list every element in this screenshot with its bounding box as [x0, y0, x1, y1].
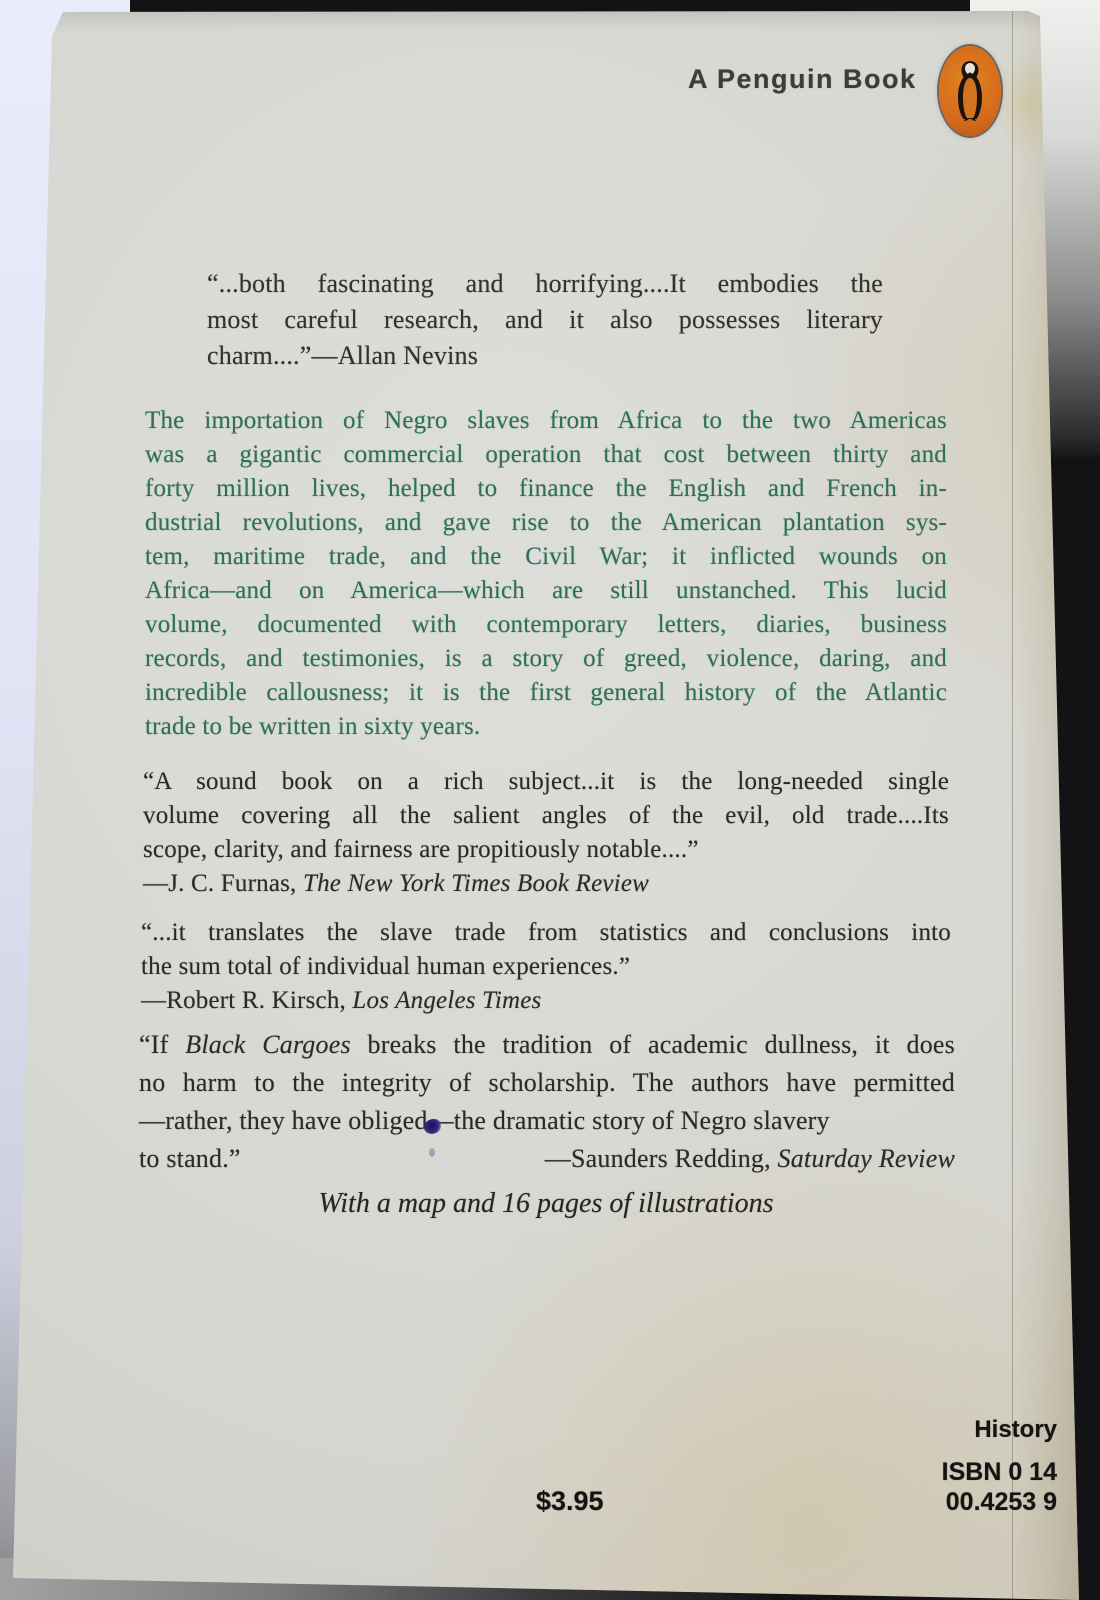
text-line: volume covering all the salient angles o…	[143, 799, 949, 833]
text-segment: the sum total of individual human experi…	[141, 953, 630, 980]
review-quote-nevins: “...both fascinating and horrifying....I…	[207, 266, 883, 374]
text-line: —rather, they have obliged—the dramatic …	[139, 1102, 955, 1140]
brand-label: A Penguin Book	[688, 64, 917, 95]
text-segment: tem, maritime trade, and the Civil War; …	[145, 543, 947, 570]
blurb-paragraph: The importation of Negro slaves from Afr…	[145, 404, 947, 744]
kirsch-lines: “...it translates the slave trade from s…	[141, 916, 951, 984]
text-segment: incredible callousness; it is the first …	[145, 679, 947, 706]
text-segment: “A sound book on a rich subject...it is …	[143, 768, 949, 795]
text-segment: was a gigantic commercial operation that…	[145, 441, 947, 468]
text-segment: records, and testimonies, is a story of …	[145, 645, 947, 672]
text-segment: —J. C. Furnas,	[143, 870, 303, 897]
text-line: volume, documented with contemporary let…	[145, 608, 947, 642]
text-segment: —rather, they have obliged—the dramatic …	[139, 1106, 830, 1135]
text-line: Africa—and on America—which are still un…	[145, 574, 947, 608]
ink-speck	[429, 1148, 435, 1157]
text-segment: Black Cargoes	[185, 1030, 351, 1059]
review-quote-kirsch: “...it translates the slave trade from s…	[141, 916, 951, 1018]
text-line: forty million lives, helped to finance t…	[145, 472, 947, 506]
text-line: incredible callousness; it is the first …	[145, 676, 947, 710]
text-line: charm....”—Allan Nevins	[207, 338, 883, 374]
text-segment: dustrial revolutions, and gave rise to t…	[145, 509, 947, 536]
text-line: The importation of Negro slaves from Afr…	[145, 404, 947, 438]
kirsch-attribution: —Robert R. Kirsch, Los Angeles Times	[141, 984, 951, 1018]
isbn-line-2: 00.4253 9	[860, 1487, 1057, 1517]
text-line: most careful research, and it also posse…	[207, 302, 883, 338]
text-segment: most careful research, and it also posse…	[207, 305, 883, 334]
text-segment: breaks the tradition of academic dullnes…	[351, 1030, 955, 1059]
text-line: records, and testimonies, is a story of …	[145, 642, 947, 676]
review-quote-redding: “If Black Cargoes breaks the tradition o…	[139, 1026, 955, 1178]
text-segment: charm....”—Allan Nevins	[207, 341, 478, 370]
furnas-attribution: —J. C. Furnas, The New York Times Book R…	[143, 867, 949, 901]
text-segment: “...both fascinating and horrifying....I…	[207, 269, 883, 298]
text-segment: Africa—and on America—which are still un…	[145, 577, 947, 604]
category-isbn-block: History ISBN 0 14 00.4253 9	[860, 1416, 1057, 1517]
book-back-cover-photo: A Penguin Book “...both fascinating and …	[0, 0, 1100, 1600]
text-segment: trade to be written in sixty years.	[145, 713, 480, 740]
illustrations-note: With a map and 16 pages of illustrations	[145, 1188, 947, 1220]
text-segment: scope, clarity, and fairness are propiti…	[143, 836, 699, 863]
text-line: dustrial revolutions, and gave rise to t…	[145, 506, 947, 540]
book-cover: A Penguin Book “...both fascinating and …	[0, 0, 1100, 1600]
text-segment: —Robert R. Kirsch,	[141, 987, 352, 1014]
price-label: $3.95	[536, 1486, 604, 1517]
text-line: was a gigantic commercial operation that…	[145, 438, 947, 472]
text-segment: volume, documented with contemporary let…	[145, 611, 947, 638]
penguin-icon	[950, 55, 990, 127]
redding-last-line: to stand.”	[139, 1140, 241, 1178]
text-line: scope, clarity, and fairness are propiti…	[143, 833, 949, 867]
penguin-logo	[939, 46, 1001, 136]
text-line: trade to be written in sixty years.	[145, 710, 947, 744]
review-quote-furnas: “A sound book on a rich subject...it is …	[143, 765, 949, 901]
text-segment: “If	[139, 1030, 185, 1059]
redding-last-row: to stand.” —Saunders Redding, Saturday R…	[139, 1140, 955, 1178]
text-line: no harm to the integrity of scholarship.…	[139, 1064, 955, 1102]
text-segment: The importation of Negro slaves from Afr…	[145, 407, 947, 434]
text-segment: no harm to the integrity of scholarship.…	[139, 1068, 955, 1097]
text-segment: “...it translates the slave trade from s…	[141, 919, 951, 946]
text-segment: —Saunders Redding,	[545, 1144, 778, 1173]
category-label: History	[860, 1416, 1057, 1444]
text-segment: Los Angeles Times	[352, 987, 541, 1014]
furnas-lines: “A sound book on a rich subject...it is …	[143, 765, 949, 867]
text-line: “...it translates the slave trade from s…	[141, 916, 951, 950]
text-segment: Saturday Review	[778, 1144, 955, 1173]
redding-attribution: —Saunders Redding, Saturday Review	[545, 1140, 955, 1178]
text-line: “If Black Cargoes breaks the tradition o…	[139, 1026, 955, 1064]
text-line: “A sound book on a rich subject...it is …	[143, 765, 949, 799]
text-line: “...both fascinating and horrifying....I…	[207, 266, 883, 302]
text-segment: The New York Times Book Review	[303, 870, 649, 897]
text-segment: volume covering all the salient angles o…	[143, 802, 949, 829]
text-line: tem, maritime trade, and the Civil War; …	[145, 540, 947, 574]
text-segment: forty million lives, helped to finance t…	[145, 475, 947, 502]
redding-lines: “If Black Cargoes breaks the tradition o…	[139, 1026, 955, 1140]
text-line: the sum total of individual human experi…	[141, 950, 951, 984]
isbn-line-1: ISBN 0 14	[860, 1457, 1057, 1487]
